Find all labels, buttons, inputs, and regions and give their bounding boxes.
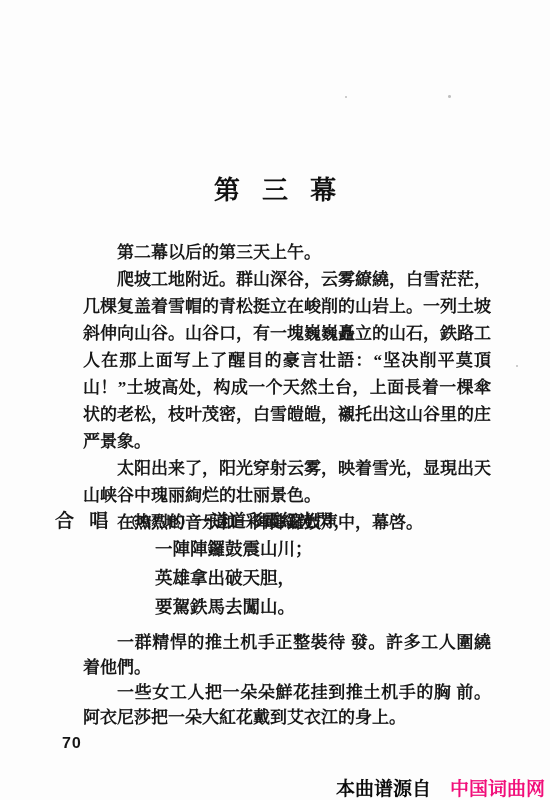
stage-direction-paragraph: 太阳出来了，阳光穿射云雾，映着雪光，显現出天山峡谷中瑰丽絢烂的壮丽景色。 [83, 455, 491, 509]
source-prefix-text: 本曲谱源自 [336, 779, 431, 800]
act-title: 第三幕 [0, 170, 550, 207]
scan-speck [448, 95, 451, 98]
stage-direction-paragraph: 一些女工人把一朵朵鮮花挂到推土机手的胸 前。阿衣尼莎把一朵大紅花戴到艾衣江的身上… [83, 680, 491, 730]
verse-continuation: 一陣陣鑼鼓震山川； 英雄拿出破天胆， 要駕鉄馬去闖山。 [55, 535, 515, 622]
scanned-script-page: 第三幕 第二幕以后的第三天上午。 爬坡工地附近。群山深谷，云雾繚繞，白雪茫茫，几… [0, 0, 550, 800]
verse-line: 要駕鉄馬去闖山。 [155, 593, 515, 622]
page-number: 70 [62, 735, 82, 753]
chorus-block: 合唱 （嘹亮地） 一道道彩霞紅光閃， 一陣陣鑼鼓震山川； 英雄拿出破天胆， 要駕… [55, 506, 515, 622]
closing-stage-directions: 一群精悍的推土机手正整裝待 發。許多工人圍繞着他們。 一些女工人把一朵朵鮮花挂到… [83, 630, 491, 730]
scan-speck [516, 365, 518, 367]
source-watermark: 本曲谱源自中国词曲网 [336, 774, 545, 800]
verse-line: 一道道彩霞紅光閃， [193, 508, 351, 533]
inline-stage-direction: （嘹亮地） [123, 512, 193, 532]
verse-line: 英雄拿出破天胆， [155, 564, 515, 593]
chorus-first-line: 合唱 （嘹亮地） 一道道彩霞紅光閃， [55, 506, 515, 535]
opening-stage-directions: 第二幕以后的第三天上午。 爬坡工地附近。群山深谷，云雾繚繞，白雪茫茫，几棵复盖着… [83, 239, 491, 536]
source-site-name: 中国词曲网 [450, 779, 545, 800]
stage-direction-paragraph: 一群精悍的推土机手正整裝待 發。許多工人圍繞着他們。 [83, 630, 491, 680]
stage-direction-paragraph: 爬坡工地附近。群山深谷，云雾繚繞，白雪茫茫，几棵复盖着雪帽的青松挺立在峻削的山岩… [83, 266, 491, 455]
stage-direction-paragraph: 第二幕以后的第三天上午。 [83, 239, 491, 266]
speaker-label: 合唱 [55, 506, 123, 533]
verse-line: 一陣陣鑼鼓震山川； [155, 535, 515, 564]
scan-speck [345, 96, 347, 98]
